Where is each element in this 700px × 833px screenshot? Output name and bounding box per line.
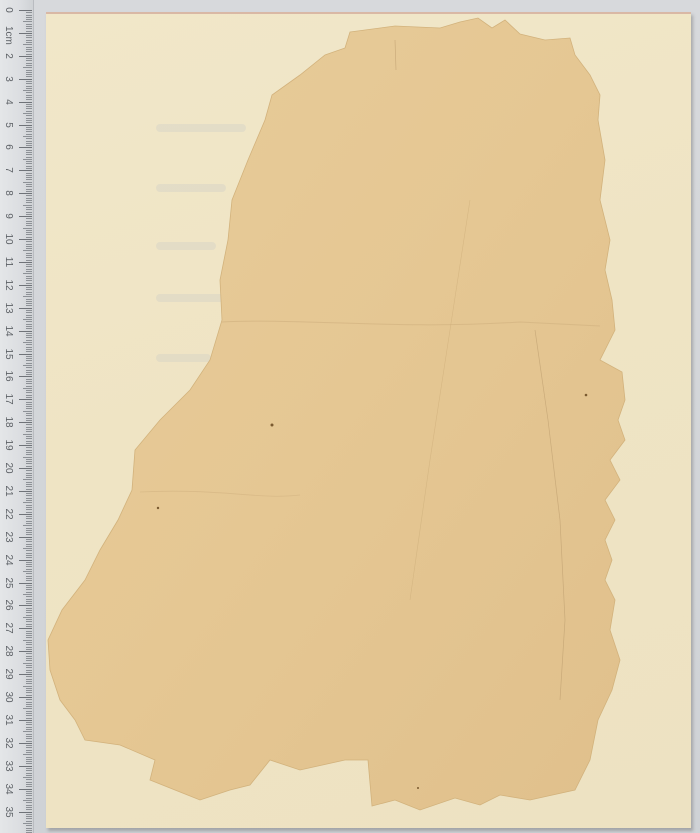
ink-spot [417, 787, 419, 789]
ink-spot [271, 424, 274, 427]
ink-spot [585, 394, 588, 397]
torn-paper-fragment [0, 0, 700, 833]
ink-spot [157, 507, 159, 509]
